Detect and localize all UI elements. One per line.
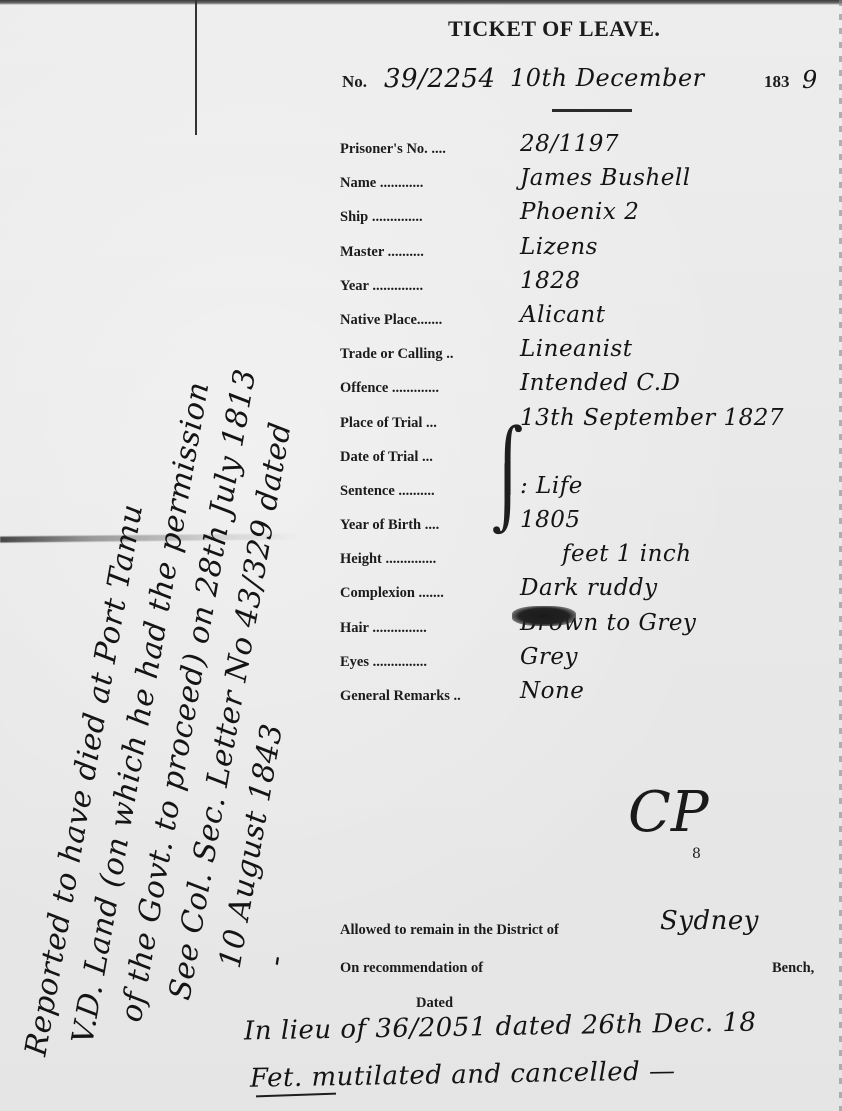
recommendation-label: On recommendation of: [340, 960, 483, 977]
ticket-number: 39/2254: [384, 64, 496, 94]
field-value: 1828: [520, 268, 581, 294]
issue-date: 10th December: [510, 64, 705, 92]
district-label: Allowed to remain in the District of: [340, 922, 559, 939]
field-value: Alicant: [520, 302, 605, 328]
ink-blot: [512, 606, 576, 626]
field-value: 28/1197: [520, 131, 619, 157]
ticket-number-label: No.: [342, 72, 367, 92]
field-complexion: Complexion ....... Dark ruddy: [340, 579, 820, 613]
field-label: General Remarks ..: [340, 688, 461, 705]
margin-annotation: Reported to have died at Port Tamu V.D. …: [0, 0, 260, 1000]
field-sentence: Sentence .......... : Life: [340, 477, 820, 511]
field-value: : Life: [520, 473, 583, 499]
field-value: None: [520, 678, 584, 704]
field-general-remarks: General Remarks .. None: [340, 682, 820, 716]
field-value: Lineanist: [520, 336, 632, 362]
header-divider: [552, 109, 632, 112]
field-place-of-trial: Place of Trial ... 13th September 1827: [340, 409, 820, 443]
field-eyes: Eyes ............... Grey: [340, 648, 820, 682]
field-value: Phoenix 2: [520, 199, 639, 225]
field-offence: Offence ............. Intended C.D: [340, 374, 820, 408]
issue-year-handwritten: 9: [802, 66, 818, 94]
field-hair: Hair ............... Brown to Grey: [340, 614, 820, 648]
field-value: Lizens: [520, 234, 598, 260]
field-height: Height .............. feet 1 inch: [340, 545, 820, 579]
ticket-number-row: No. 39/2254 10th December 183 9: [342, 60, 822, 100]
field-year-of-birth: Year of Birth .... 1805: [340, 511, 820, 545]
field-value: Dark ruddy: [520, 575, 658, 601]
district-value: Sydney: [660, 906, 759, 936]
issue-year-printed: 183: [764, 72, 790, 92]
official-initials: CP: [628, 780, 709, 845]
dated-label: Dated: [416, 995, 453, 1012]
field-value: 13th September 1827: [520, 405, 784, 431]
bench-label: Bench,: [772, 960, 814, 977]
initials-mark: 8: [692, 846, 701, 862]
field-value: feet 1 inch: [562, 541, 692, 567]
field-date-of-trial: Date of Trial ...: [340, 443, 820, 477]
field-label: Eyes ...............: [340, 654, 427, 671]
document-title: TICKET OF LEAVE.: [448, 16, 660, 42]
field-trade: Trade or Calling .. Lineanist: [340, 340, 820, 374]
field-value: James Bushell: [520, 165, 691, 191]
field-value: Grey: [520, 644, 578, 670]
field-value: Intended C.D: [520, 370, 680, 396]
trial-brace-icon: ⌡: [492, 470, 504, 530]
field-value: 1805: [520, 507, 581, 533]
